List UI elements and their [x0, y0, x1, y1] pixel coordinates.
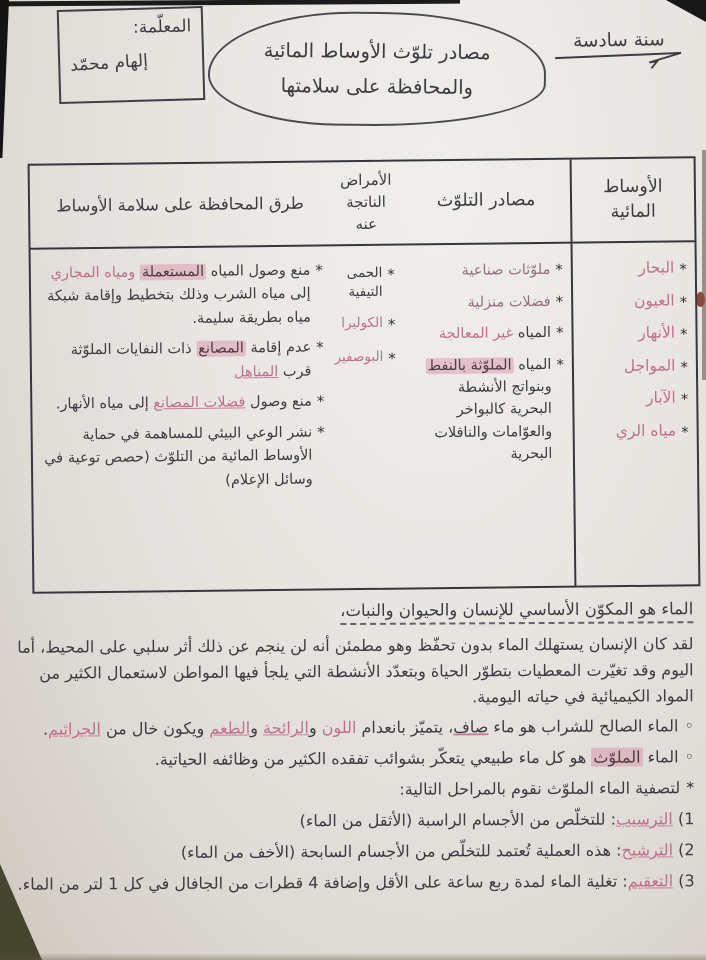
- photo-edge-top: [0, 0, 460, 6]
- photo-edge-top-right: [666, 0, 706, 22]
- asterisk-bullet: *: [555, 259, 563, 282]
- cell-environments: *البحار *العيون *الأنهار *المواجل *الآبا…: [571, 242, 699, 585]
- asterisk-bullet: *: [680, 323, 688, 346]
- photo-edge-right: [702, 150, 706, 380]
- grade-text: سنة سادسة: [540, 29, 698, 53]
- photo-edge-bottom: [0, 953, 706, 960]
- cell-methods: *منع وصول المياه المستعملة ومياه المجاري…: [31, 246, 335, 591]
- list-item: *الأنهار: [581, 323, 687, 347]
- header-diseases: الأمراض الناتجة عنه: [330, 162, 403, 245]
- page-stain-mark: [696, 292, 705, 307]
- list-item: *ملوّثات صناعية: [411, 259, 563, 283]
- purify-step-3: 3) التعقيم: تغلية الماء لمدة ربع ساعة عل…: [11, 868, 695, 897]
- purify-step-1: 1) الترسيب: للتخلّص من الأجسام الراسبة (…: [10, 806, 694, 835]
- note-purify-intro: *لتصفية الماء الملوّث نقوم بالمراحل التا…: [10, 775, 694, 804]
- table-body-row: *البحار *العيون *الأنهار *المواجل *الآبا…: [31, 242, 699, 592]
- cell-diseases: *الحمى التيفية *الكوليرا *البوصفير: [331, 246, 407, 589]
- list-item: *الكوليرا: [339, 313, 395, 336]
- asterisk-bullet: *: [679, 258, 687, 281]
- list-item: *البوصفير: [340, 348, 396, 371]
- title-cloud: مصادر تلوّث الأوساط المائية والمحافظة عل…: [207, 10, 546, 128]
- note-potable-water: ◦الماء الصالح للشراب هو ماء صاف، يتميّز …: [10, 714, 694, 743]
- list-item: *نشر الوعي البيئي للمساهمة في حماية الأو…: [41, 421, 326, 495]
- asterisk-bullet: *: [315, 259, 323, 282]
- grade-label: سنة سادسة: [540, 29, 699, 73]
- list-item: *عدم إقامة المصانع ذات النفايات الملوّثة…: [40, 337, 325, 387]
- asterisk-bullet: *: [388, 313, 396, 336]
- page-title-line2: والمحافظة على سلامتها: [280, 68, 473, 105]
- cell-sources: *ملوّثات صناعية *فضلات منزلية *المياه غي…: [403, 244, 575, 588]
- asterisk-bullet: *: [556, 322, 564, 345]
- list-item: *الحمى التيفية: [339, 264, 395, 302]
- asterisk-bullet: *: [317, 421, 325, 444]
- asterisk-bullet: *: [680, 291, 688, 314]
- list-item: *الآبار: [582, 388, 688, 412]
- table-header-row: الأوساط المائية مصادر التلوّث الأمراض ال…: [30, 158, 695, 250]
- notes-paragraph: لقد كان الإنسان يستهلك الماء بدون تحفّظ …: [9, 631, 693, 712]
- photo-edge-left: [0, 0, 9, 158]
- asterisk-bullet: *: [681, 421, 689, 444]
- asterisk-bullet: *: [388, 348, 396, 371]
- list-item: *العيون: [581, 291, 687, 315]
- pollution-table: الأوساط المائية مصادر التلوّث الأمراض ال…: [28, 156, 701, 594]
- teacher-label: المعلّمة:: [69, 16, 192, 39]
- notes-heading: الماء هو المكوّن الأساسي للإنسان والحيوا…: [9, 596, 693, 626]
- list-item: *المياه الملوّثة بالنفط وبنواتج الأنشطة …: [412, 353, 565, 467]
- list-item: *فضلات منزلية: [411, 290, 563, 314]
- asterisk-bullet: *: [387, 264, 395, 287]
- purify-step-2: 2) الترشيح: هذه العملية تُعتمد للتخلّص م…: [10, 837, 694, 866]
- note-polluted-water: ◦الماء الملوّث هو كل ماء طبيعي يتعكّر بش…: [10, 745, 694, 774]
- page-title-line1: مصادر تلوّث الأوساط المائية: [264, 33, 491, 70]
- notes-section: الماء هو المكوّن الأساسي للإنسان والحيوا…: [9, 596, 695, 902]
- asterisk-bullet: *: [317, 391, 325, 414]
- list-item: *مياه الري: [583, 421, 689, 445]
- list-item: *البحار: [581, 258, 687, 282]
- list-item: *المياه غير المعالجة: [411, 322, 563, 346]
- notebook-photo: المعلّمة: إلهام محمّد مصادر تلوّث الأوسا…: [0, 0, 706, 960]
- header-environments: الأوساط المائية: [570, 158, 695, 241]
- teacher-box: المعلّمة: إلهام محمّد: [57, 6, 206, 104]
- asterisk-bullet: *: [556, 353, 564, 376]
- circle-bullet: ◦: [684, 717, 694, 736]
- circle-bullet: ◦: [685, 748, 695, 767]
- teacher-name: إلهام محمّد: [70, 48, 193, 76]
- asterisk-bullet: *: [556, 290, 564, 313]
- header-sources: مصادر التلوّث: [402, 160, 571, 244]
- list-item: *المواجل: [582, 356, 688, 380]
- list-item: *منع وصول المياه المستعملة ومياه المجاري…: [39, 259, 324, 333]
- asterisk-bullet: *: [686, 778, 694, 797]
- header-methods: طرق المحافظة على سلامة الأوساط: [30, 162, 331, 247]
- asterisk-bullet: *: [681, 388, 689, 411]
- asterisk-bullet: *: [316, 337, 324, 360]
- list-item: *منع وصول فضلات المصانع إلى مياه الأنهار…: [40, 391, 324, 418]
- underline-flourish-icon: [553, 52, 685, 72]
- asterisk-bullet: *: [680, 356, 688, 379]
